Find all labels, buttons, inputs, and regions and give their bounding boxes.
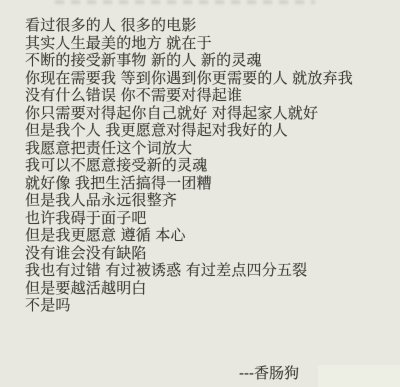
poem-text-block: 看过很多的人 很多的电影其实人生最美的地方 就在于不断的接受新事物 新的人 新的…	[25, 17, 392, 315]
poem-line: 但是我人品永远很整齐	[25, 192, 392, 210]
poem-line: 不是吗	[25, 297, 392, 315]
poem-line: 我可以不愿意接受新的灵魂	[25, 157, 392, 175]
poem-line: 你只需要对得起你自己就好 对得起家人就好	[25, 105, 392, 123]
poem-line: 我也有过错 有过被诱惑 有过差点四分五裂	[25, 262, 392, 280]
poem-line: 但是我个人 我更愿意对得起对我好的人	[25, 122, 392, 140]
poem-line: 看过很多的人 很多的电影	[25, 17, 392, 35]
poem-line: 没有什么错误 你不需要对得起谁	[25, 87, 392, 105]
poem-line: 没有谁会没有缺陷	[25, 245, 392, 263]
poem-line: 你现在需要我 等到你遇到你更需要的人 就放弃我	[25, 70, 392, 88]
poem-line: 不断的接受新事物 新的人 新的灵魂	[25, 52, 392, 70]
poem-line: 其实人生最美的地方 就在于	[25, 35, 392, 53]
watermark-cover-patch	[318, 365, 400, 387]
poem-line: 就好像 我把生活搞得一团糟	[25, 175, 392, 193]
author-signature: ---香肠狗	[239, 365, 299, 383]
poem-line: 但是要越活越明白	[25, 280, 392, 298]
poem-line: 我愿意把责任这个词放大	[25, 140, 392, 158]
poem-line: 也许我碍于面子吧	[25, 210, 392, 228]
cropped-line-remnant	[55, 0, 315, 4]
poem-line: 但是我更愿意 遵循 本心	[25, 227, 392, 245]
quote-image-page: 看过很多的人 很多的电影其实人生最美的地方 就在于不断的接受新事物 新的人 新的…	[0, 0, 400, 387]
